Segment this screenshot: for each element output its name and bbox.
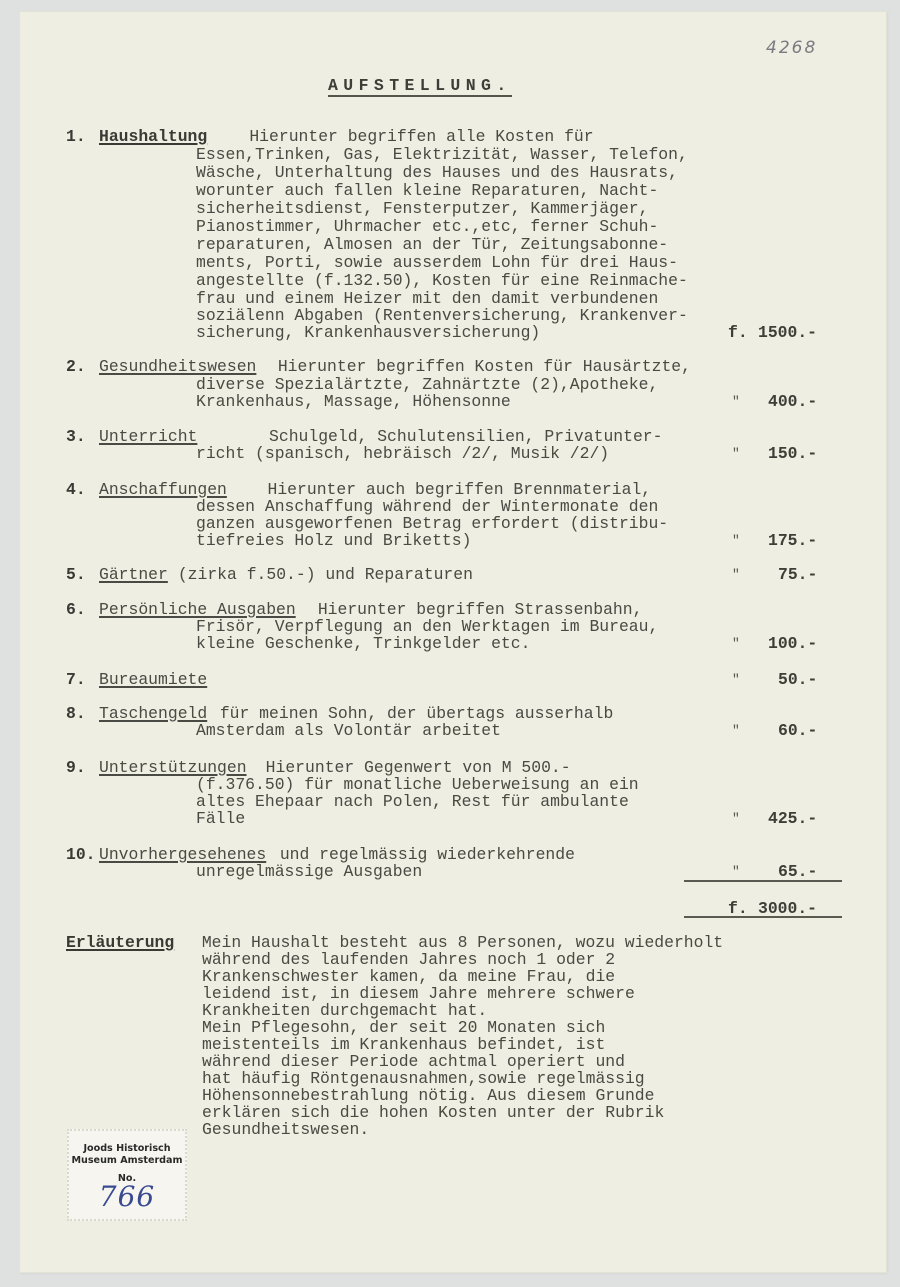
item-line: tiefreies Holz und Briketts) (196, 532, 471, 550)
ditto-mark: " (732, 567, 740, 582)
item-number: 7. (66, 671, 86, 689)
stamp-museum-name: Joods Historisch Museum Amsterdam (69, 1143, 185, 1167)
item-line: altes Ehepaar nach Polen, Rest für ambul… (196, 793, 629, 811)
item-amount: 150.- (768, 444, 817, 463)
explanation-line: Mein Pflegesohn, der seit 20 Monaten sic… (202, 1019, 605, 1037)
item-line: kleine Geschenke, Trinkgelder etc. (196, 635, 530, 653)
item-line: (f.376.50) für monatliche Ueberweisung a… (196, 776, 639, 794)
item-line: worunter auch fallen kleine Reparaturen,… (196, 182, 658, 200)
item-category: Haushaltung (99, 128, 207, 146)
item-amount: 50.- (778, 670, 817, 689)
item-line: sicherheitsdienst, Fensterputzer, Kammer… (196, 200, 648, 218)
item-category: Unterstützungen (99, 759, 247, 777)
explanation-line: während dieser Periode achtmal operiert … (202, 1053, 625, 1071)
item-amount: 175.- (768, 531, 817, 550)
ditto-mark: " (732, 446, 740, 461)
item-line: Frisör, Verpflegung an den Werktagen im … (196, 618, 658, 636)
item-line: Wäsche, Unterhaltung des Hauses und des … (196, 164, 678, 182)
item-number: 2. (66, 358, 86, 376)
item-line: unregelmässige Ausgaben (196, 863, 422, 881)
item-line: Hierunter begriffen alle Kosten für (210, 128, 594, 146)
total-rule (684, 916, 842, 918)
explanation-line: Mein Haushalt besteht aus 8 Personen, wo… (192, 934, 723, 952)
sum-rule (684, 880, 842, 882)
item-line: Hierunter Gegenwert von M 500.- (246, 759, 571, 777)
item-category: Bureaumiete (99, 671, 207, 689)
item-category: Gärtner (99, 566, 168, 584)
item-number: 8. (66, 705, 86, 723)
explanation-label: Erläuterung (66, 934, 174, 952)
stamp-line-1: Joods Historisch (69, 1143, 185, 1155)
item-line: diverse Spezialärtzte, Zahnärtzte (2),Ap… (196, 376, 658, 394)
archive-number: 4268 (766, 38, 817, 58)
explanation-line: hat häufig Röntgenausnahmen,sowie regelm… (202, 1070, 645, 1088)
item-amount: 425.- (768, 809, 817, 828)
item-line: sicherung, Krankenhausversicherung) (196, 324, 540, 342)
item-line: (zirka f.50.-) und Reparaturen (168, 566, 473, 584)
item-line: Krankenhaus, Massage, Höhensonne (196, 393, 511, 411)
ditto-mark: " (732, 811, 740, 826)
explanation-line: erklären sich die hohen Kosten unter der… (202, 1104, 664, 1122)
item-line: soziälenn Abgaben (Rentenversicherung, K… (196, 307, 688, 325)
item-line: Amsterdam als Volontär arbeitet (196, 722, 501, 740)
item-line: angestellte (f.132.50), Kosten für eine … (196, 272, 688, 290)
explanation-line: während des laufenden Jahres noch 1 oder… (202, 951, 615, 969)
ditto-mark: " (732, 723, 740, 738)
item-number: 10. (66, 846, 96, 864)
ditto-mark: " (732, 672, 740, 687)
museum-stamp: Joods Historisch Museum Amsterdam No. 76… (67, 1129, 187, 1221)
item-line: Essen,Trinken, Gas, Elektrizität, Wasser… (196, 146, 688, 164)
item-number: 3. (66, 428, 86, 446)
item-number: 1. (66, 128, 86, 146)
item-line: Hierunter auch begriffen Brennmaterial, (238, 481, 651, 499)
stamp-handwritten-number: 766 (69, 1180, 185, 1213)
item-number: 6. (66, 601, 86, 619)
item-number: 4. (66, 481, 86, 499)
explanation-line: meistenteils im Krankenhaus befindet, is… (202, 1036, 605, 1054)
item-line: Hierunter begriffen Strassenbahn, (308, 601, 642, 619)
explanation-line: Höhensonnebestrahlung nötig. Aus diesem … (202, 1087, 654, 1105)
item-number: 9. (66, 759, 86, 777)
item-line: ments, Porti, sowie ausserdem Lohn für d… (196, 254, 678, 272)
explanation-line: Gesundheitswesen. (202, 1121, 369, 1139)
item-category: Anschaffungen (99, 481, 227, 499)
item-amount: 100.- (768, 634, 817, 653)
item-line: reparaturen, Almosen an der Tür, Zeitung… (196, 236, 668, 254)
item-line: Hierunter begriffen Kosten für Hausärtzt… (268, 358, 691, 376)
explanation-line: Krankheiten durchgemacht hat. (202, 1002, 487, 1020)
explanation-line: leidend ist, in diesem Jahre mehrere sch… (202, 985, 635, 1003)
item-category: Taschengeld (99, 705, 207, 723)
item-amount: 65.- (778, 862, 817, 881)
item-category: Gesundheitswesen (99, 358, 256, 376)
item-line: Schulgeld, Schulutensilien, Privatunter- (210, 428, 662, 446)
item-line: für meinen Sohn, der übertags ausserhalb (210, 705, 613, 723)
item-line: richt (spanisch, hebräisch /2/, Musik /2… (196, 445, 609, 463)
stamp-line-2: Museum Amsterdam (69, 1155, 185, 1167)
ditto-mark: " (732, 636, 740, 651)
item-category: Persönliche Ausgaben (99, 601, 296, 619)
item-line: dessen Anschaffung während der Wintermon… (196, 498, 658, 516)
item-line: ganzen ausgeworfenen Betrag erfordert (d… (196, 515, 668, 533)
item-currency: f. (728, 323, 748, 342)
item-category: Unterricht (99, 428, 197, 446)
item-amount: 1500.- (758, 323, 817, 342)
explanation-line: Krankenschwester kamen, da meine Frau, d… (202, 968, 615, 986)
ditto-mark: " (732, 864, 740, 879)
item-amount: 75.- (778, 565, 817, 584)
item-line: Fälle (196, 810, 245, 828)
item-amount: 400.- (768, 392, 817, 411)
ditto-mark: " (732, 533, 740, 548)
item-category: Unvorhergesehenes (99, 846, 266, 864)
item-line: und regelmässig wiederkehrende (270, 846, 575, 864)
document-title: AUFSTELLUNG. (328, 76, 512, 97)
ditto-mark: " (732, 394, 740, 409)
item-amount: 60.- (778, 721, 817, 740)
item-number: 5. (66, 566, 86, 584)
item-line: Pianostimmer, Uhrmacher etc.,etc, ferner… (196, 218, 658, 236)
item-line: frau und einem Heizer mit den damit verb… (196, 290, 658, 308)
